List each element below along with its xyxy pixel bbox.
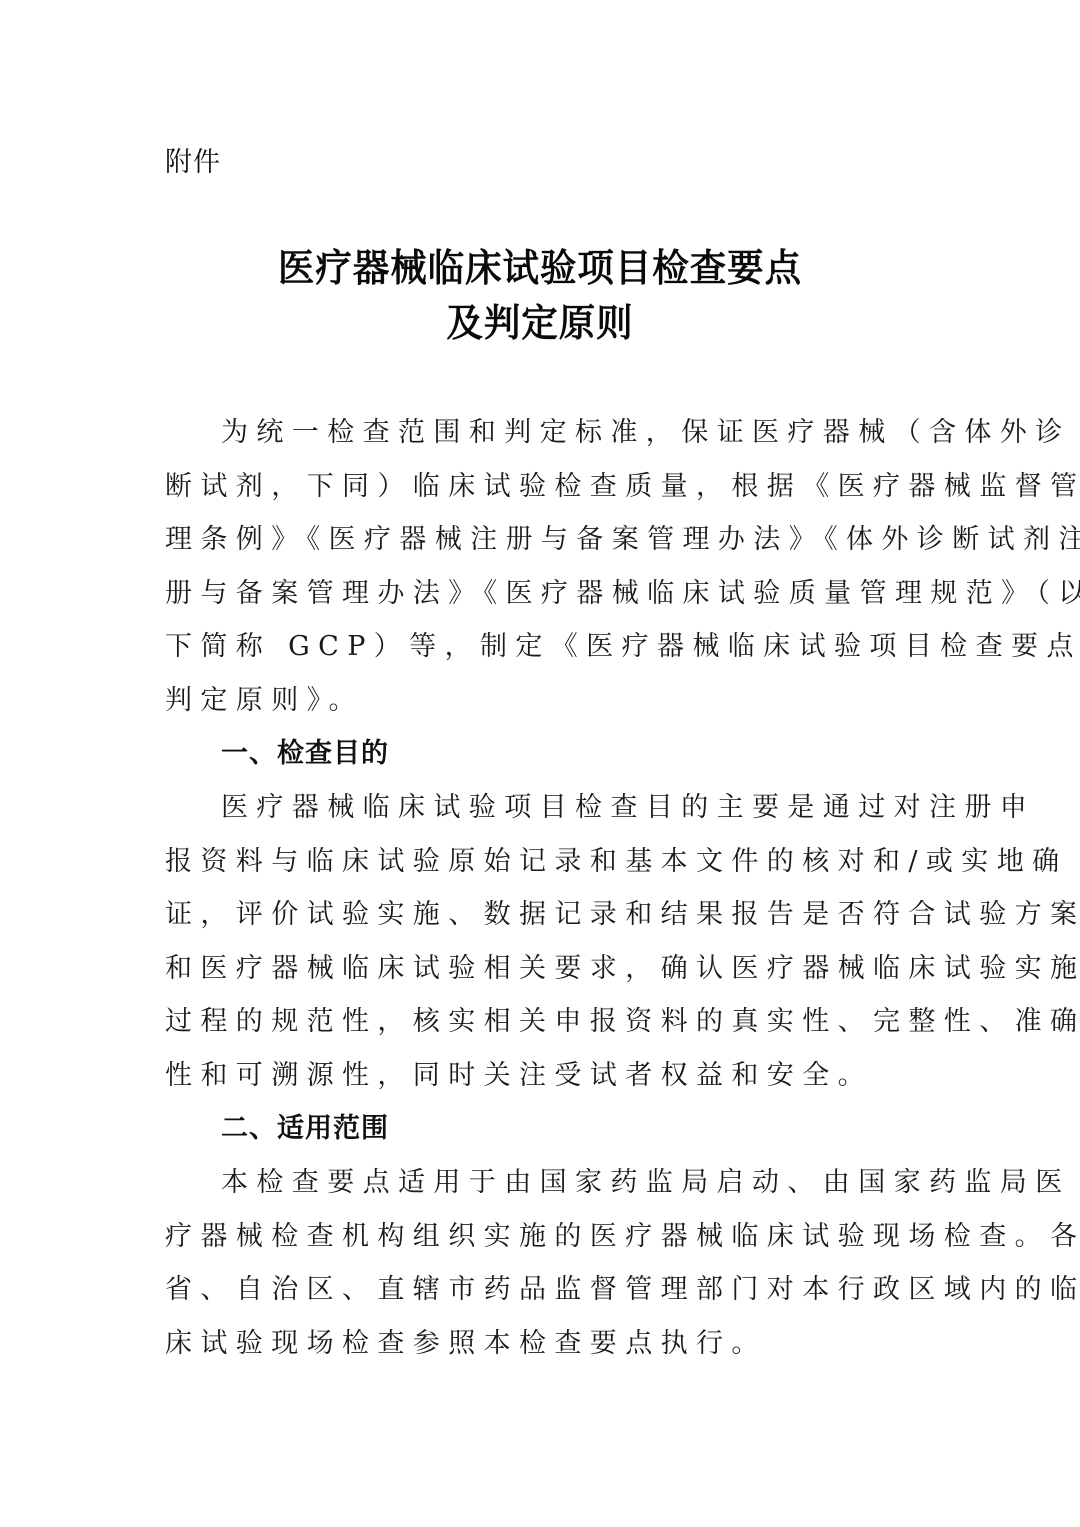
paragraph-line: 床试验现场检查参照本检查要点执行。 [165,1317,925,1371]
title-line-1: 医疗器械临床试验项目检查要点 [22,240,1059,295]
paragraph-line: 理条例》《医疗器械注册与备案管理办法》《体外诊断试剂注 [165,513,925,567]
paragraph-line: 本检查要点适用于由国家药监局启动、由国家药监局医 [165,1156,925,1210]
paragraph-line: 报资料与临床试验原始记录和基本文件的核对和/或实地确 [165,835,925,889]
paragraph-line: 断试剂，下同）临床试验检查质量，根据《医疗器械监督管 [165,460,925,514]
paragraph-line: 为统一检查范围和判定标准，保证医疗器械（含体外诊 [165,406,925,460]
section-heading: 二、适用范围 [165,1102,925,1156]
paragraph-line: 疗器械检查机构组织实施的医疗器械临床试验现场检查。各 [165,1210,925,1264]
document-title: 医疗器械临床试验项目检查要点 及判定原则 [0,240,1080,350]
paragraph-line: 册与备案管理办法》《医疗器械临床试验质量管理规范》（以 [165,567,925,621]
paragraph-line: 和医疗器械临床试验相关要求，确认医疗器械临床试验实施 [165,942,925,996]
paragraph-line: 性和可溯源性，同时关注受试者权益和安全。 [165,1049,925,1103]
paragraph-line: 证，评价试验实施、数据记录和结果报告是否符合试验方案 [165,888,925,942]
section-scope: 二、适用范围 本检查要点适用于由国家药监局启动、由国家药监局医 疗器械检查机构组… [165,1102,925,1370]
document-page: 附件 医疗器械临床试验项目检查要点 及判定原则 为统一检查范围和判定标准，保证医… [0,0,1080,1527]
paragraph-line: 过程的规范性，核实相关申报资料的真实性、完整性、准确 [165,995,925,1049]
paragraph-line: 医疗器械临床试验项目检查目的主要是通过对注册申 [165,781,925,835]
intro-paragraph: 为统一检查范围和判定标准，保证医疗器械（含体外诊 断试剂，下同）临床试验检查质量… [165,406,925,727]
attachment-label: 附件 [165,143,221,183]
section-heading: 一、检查目的 [165,727,925,781]
paragraph-line: 省、自治区、直辖市药品监督管理部门对本行政区域内的临 [165,1263,925,1317]
document-body: 为统一检查范围和判定标准，保证医疗器械（含体外诊 断试剂，下同）临床试验检查质量… [165,406,925,1370]
paragraph-line: 下简称 GCP）等，制定《医疗器械临床试验项目检查要点及 [165,620,925,674]
paragraph-line: 判定原则》。 [165,674,925,728]
title-line-2: 及判定原则 [22,295,1059,350]
section-inspection-purpose: 一、检查目的 医疗器械临床试验项目检查目的主要是通过对注册申 报资料与临床试验原… [165,727,925,1102]
